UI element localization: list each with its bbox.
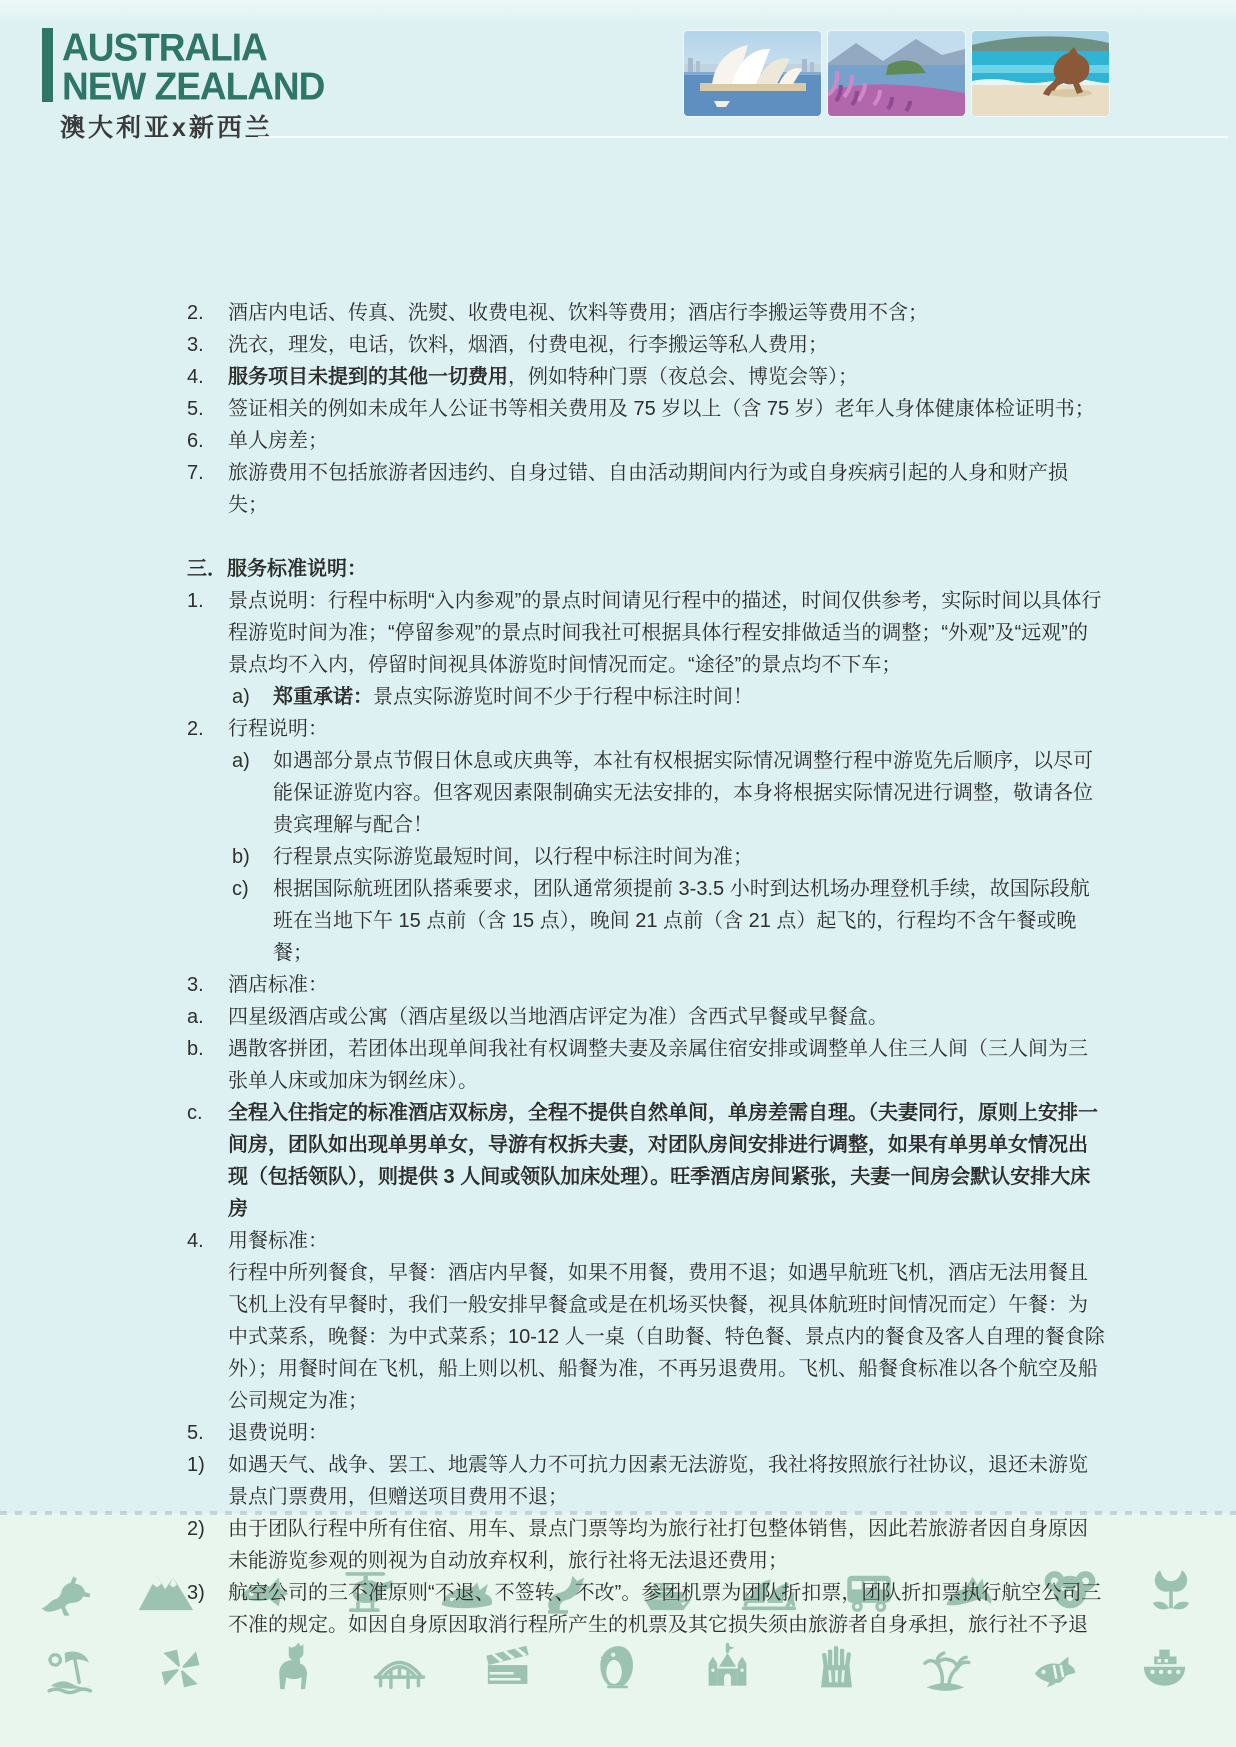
item-letter: c. [187, 1097, 228, 1225]
header-photos [684, 31, 1109, 116]
item-text: 航空公司的三不准原则“不退、不签转、不改”。参团机票为团队折扣票，团队折扣票执行… [228, 1577, 1107, 1641]
item-text: 用餐标准： [228, 1225, 1107, 1257]
section-heading: 三．服务标准说明： [187, 553, 1107, 585]
photo-sydney-opera-house [684, 31, 821, 116]
tropical-fish-icon [1028, 1641, 1083, 1696]
list-item: 1)如遇天气、战争、罢工、地震等人力不可抗力因素无法游览，我社将按照旅行社协议，… [187, 1449, 1107, 1513]
item-text: 全程入住指定的标准酒店双标房，全程不提供自然单间，单房差需自理。（夫妻同行，原则… [228, 1097, 1107, 1225]
kangaroo-icon [36, 1563, 94, 1621]
paragraph: 行程中所列餐食，早餐：酒店内早餐，如果不用餐，费用不退；如遇早航班飞机，酒店无法… [187, 1257, 1107, 1417]
list-item: 5.签证相关的例如未成年人公证书等相关费用及 75 岁以上（含 75 岁）老年人… [187, 393, 1107, 425]
logo-line2: NEW ZEALAND [62, 67, 324, 106]
item-number: 1) [187, 1449, 228, 1513]
document-page: AUSTRALIA NEW ZEALAND 澳大利亚x新西兰 [0, 0, 1236, 1747]
list-item: 5.退费说明： [187, 1417, 1107, 1449]
logo-subtitle: 澳大利亚x新西兰 [60, 108, 273, 144]
item-number: 5. [187, 1417, 228, 1449]
list-item: 3.酒店标准： [187, 969, 1107, 1001]
item-text: 酒店标准： [228, 969, 1107, 1001]
section-title: 服务标准说明： [227, 553, 1107, 585]
photo-lake-lupins [828, 31, 965, 116]
mountains-icon [137, 1563, 195, 1621]
list-item: 2)由于团队行程中所有住宿、用车、景点门票等均为旅行社打包整体销售，因此若旅游者… [187, 1513, 1107, 1577]
item-letter: b) [232, 841, 273, 873]
item-letter: c) [232, 873, 273, 969]
brand-logo: AUSTRALIA NEW ZEALAND [42, 28, 324, 102]
list-item: a.四星级酒店或公寓（酒店星级以当地酒店评定为准）含西式早餐或早餐盒。 [187, 1001, 1107, 1033]
item-text: 酒店内电话、传真、洗熨、收费电视、饮料等费用；酒店行李搬运等费用不含； [228, 297, 1107, 329]
item-text: 服务项目未提到的其他一切费用，例如特种门票（夜总会、博览会等）； [228, 361, 1107, 393]
clapperboard-icon [481, 1641, 536, 1696]
item-text: 遇散客拼团，若团体出现单间我社有权调整夫妻及亲属住宿安排或调整单人住三人间（三人… [228, 1033, 1107, 1097]
item-number: 3. [187, 329, 228, 361]
item-number: 5. [187, 393, 228, 425]
item-text: 行程说明： [228, 713, 1107, 745]
item-number: 3. [187, 969, 228, 1001]
header-divider [258, 136, 1228, 138]
photo-kangaroo-beach [972, 31, 1109, 116]
list-item: 2.酒店内电话、传真、洗熨、收费电视、饮料等费用；酒店行李搬运等费用不含； [187, 297, 1107, 329]
list-item: 4.用餐标准： [187, 1225, 1107, 1257]
item-number: 2. [187, 297, 228, 329]
list-subitem: b)行程景点实际游览最短时间，以行程中标注时间为准； [232, 841, 1107, 873]
list-subitem: c)根据国际航班团队搭乘要求，团队通常须提前 3-3.5 小时到达机场办理登机手… [232, 873, 1107, 969]
list-item: 1.景点说明：行程中标明“入内参观”的景点时间请见行程中的描述，时间仅供参考，实… [187, 585, 1107, 681]
list-item: 6.单人房差； [187, 425, 1107, 457]
item-number [187, 1257, 228, 1417]
list-item: 3)航空公司的三不准原则“不退、不签转、不改”。参团机票为团队折扣票，团队折扣票… [187, 1577, 1107, 1641]
item-letter: a. [187, 1001, 228, 1033]
paragraph-text: 行程中所列餐食，早餐：酒店内早餐，如果不用餐，费用不退；如遇早航班飞机，酒店无法… [228, 1257, 1107, 1417]
item-number: 2. [187, 713, 228, 745]
pinwheel-icon [153, 1641, 208, 1696]
item-text: 如遇部分景点节假日休息或庆典等，本社有权根据实际情况调整行程中游览先后顺序，以尽… [273, 745, 1107, 841]
document-body: 2.酒店内电话、传真、洗熨、收费电视、饮料等费用；酒店行李搬运等费用不含； 3.… [187, 297, 1107, 1641]
item-number: 1. [187, 585, 228, 681]
cruise-ship-icon [1137, 1641, 1192, 1696]
item-letter: a) [232, 681, 273, 713]
item-text: 退费说明： [228, 1417, 1107, 1449]
item-number: 2) [187, 1513, 228, 1577]
palm-island-icon [918, 1641, 973, 1696]
list-item: 7.旅游费用不包括旅游者因违约、自身过错、自由活动期间内行为或自身疾病引起的人身… [187, 457, 1107, 521]
item-text: 签证相关的例如未成年人公证书等相关费用及 75 岁以上（含 75 岁）老年人身体… [228, 393, 1107, 425]
list-item: c.全程入住指定的标准酒店双标房，全程不提供自然单间，单房差需自理。（夫妻同行，… [187, 1097, 1107, 1225]
item-letter: b. [187, 1033, 228, 1097]
llama-icon [263, 1641, 318, 1696]
church-icon [700, 1641, 755, 1696]
logo-bar-icon [42, 28, 53, 102]
tulip-icon [1142, 1563, 1200, 1621]
item-text: 行程景点实际游览最短时间，以行程中标注时间为准； [273, 841, 1107, 873]
list-item: 2.行程说明： [187, 713, 1107, 745]
beach-umbrella-icon [44, 1641, 99, 1696]
logo-wordmark: AUSTRALIA NEW ZEALAND [62, 28, 324, 106]
item-text: 根据国际航班团队搭乘要求，团队通常须提前 3-3.5 小时到达机场办理登机手续，… [273, 873, 1107, 969]
item-number: 4. [187, 361, 228, 393]
list-item: b.遇散客拼团，若团体出现单间我社有权调整夫妻及亲属住宿安排或调整单人住三人间（… [187, 1033, 1107, 1097]
item-number: 7. [187, 457, 228, 521]
list-subitem: a)郑重承诺：景点实际游览时间不少于行程中标注时间！ [232, 681, 1107, 713]
list-item: 4.服务项目未提到的其他一切费用，例如特种门票（夜总会、博览会等）； [187, 361, 1107, 393]
penguin-icon [590, 1641, 645, 1696]
logo-line1: AUSTRALIA [62, 28, 324, 67]
item-letter: a) [232, 745, 273, 841]
item-text: 旅游费用不包括旅游者因违约、自身过错、自由活动期间内行为或自身疾病引起的人身和财… [228, 457, 1107, 521]
item-number: 6. [187, 425, 228, 457]
list-subitem: a)如遇部分景点节假日休息或庆典等，本社有权根据实际情况调整行程中游览先后顺序，… [232, 745, 1107, 841]
item-text: 由于团队行程中所有住宿、用车、景点门票等均为旅行社打包整体销售，因此若旅游者因自… [228, 1513, 1107, 1577]
item-text: 四星级酒店或公寓（酒店星级以当地酒店评定为准）含西式早餐或早餐盒。 [228, 1001, 1107, 1033]
harbour-bridge-icon [372, 1641, 427, 1696]
item-text: 景点说明：行程中标明“入内参观”的景点时间请见行程中的描述，时间仅供参考，实际时… [228, 585, 1107, 681]
item-text: 单人房差； [228, 425, 1107, 457]
item-number: 4. [187, 1225, 228, 1257]
item-text: 洗衣，理发，电话，饮料，烟酒，付费电视，行李搬运等私人费用； [228, 329, 1107, 361]
list-item: 3.洗衣，理发，电话，饮料，烟酒，付费电视，行李搬运等私人费用； [187, 329, 1107, 361]
section-number: 三． [187, 553, 227, 585]
item-number: 3) [187, 1577, 228, 1641]
footer-icons-row2 [0, 1641, 1236, 1696]
item-text: 如遇天气、战争、罢工、地震等人力不可抗力因素无法游览，我社将按照旅行社协议，退还… [228, 1449, 1107, 1513]
item-text: 郑重承诺：景点实际游览时间不少于行程中标注时间！ [273, 681, 1107, 713]
fries-icon [809, 1641, 864, 1696]
